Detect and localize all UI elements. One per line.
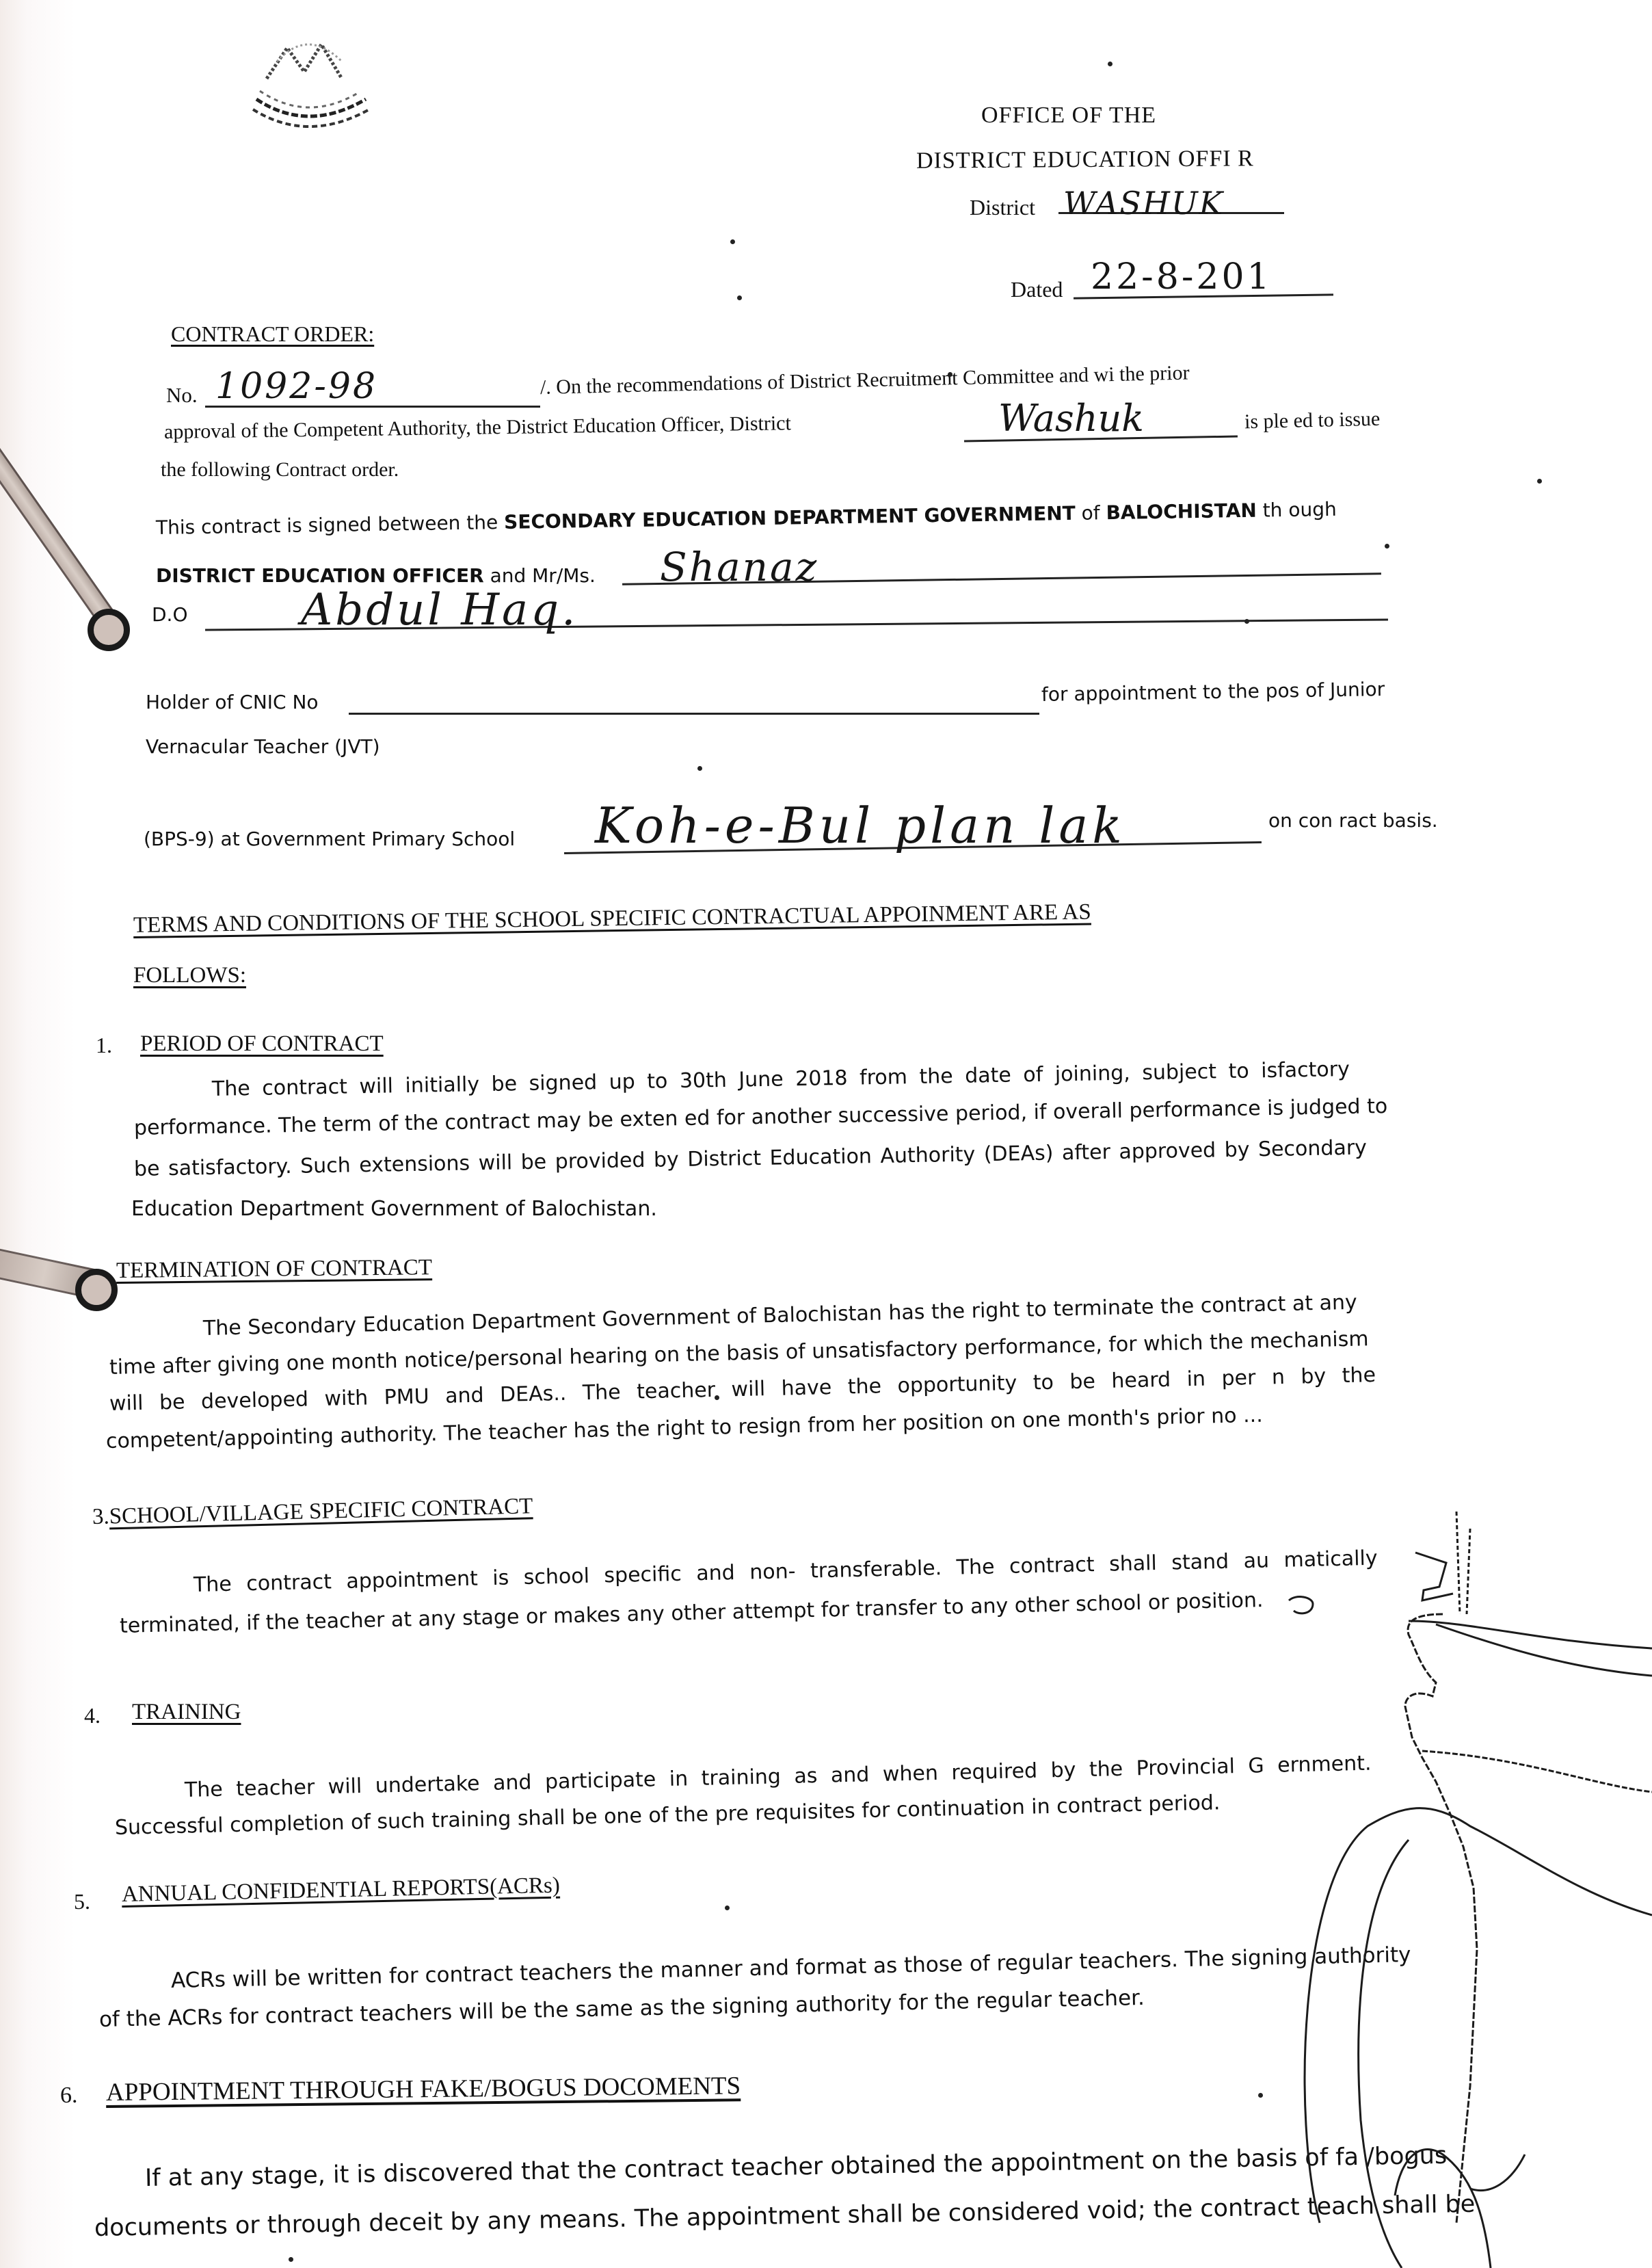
speck <box>715 1395 719 1400</box>
speck <box>1537 479 1542 484</box>
order-no-value: 1092-98 <box>215 366 377 407</box>
section-6-line-2: documents or through deceit by any means… <box>94 2191 1476 2242</box>
officer-title: DISTRICT EDUCATION OFFICER <box>156 564 484 587</box>
section-1-number: 1. <box>96 1033 112 1058</box>
parties-text: This contract is signed between the <box>156 511 505 539</box>
school-label: (BPS-9) at Government Primary School <box>144 828 515 850</box>
section-5-line-1: ACRs will be written for contract teache… <box>171 1942 1411 1993</box>
section-6-line-1: If at any stage, it is discovered that t… <box>145 2142 1448 2192</box>
government-emblem-icon <box>239 31 376 133</box>
speck <box>948 372 952 377</box>
name-field-value: Shanaz <box>660 544 818 590</box>
section-3-number: 3. <box>92 1504 110 1529</box>
district-label: District <box>970 195 1035 220</box>
dated-field-value: 22-8-201 <box>1091 256 1273 298</box>
contract-order-title: CONTRACT ORDER: <box>171 321 374 347</box>
post-text-1: for appointment to the pos of Junior <box>1041 678 1385 706</box>
speck <box>697 766 702 771</box>
dated-label: Dated <box>1011 277 1063 302</box>
speck <box>725 1906 730 1910</box>
parties-text: and Mr/Ms. <box>484 564 596 587</box>
section-5-number: 5. <box>74 1889 90 1914</box>
section-3-line-2: terminated, if the teacher at any stage … <box>120 1588 1264 1638</box>
order-line-1: /. On the recommendations of District Re… <box>540 361 1190 399</box>
section-1-heading: PERIOD OF CONTRACT <box>140 1031 384 1057</box>
binder-clip-top <box>0 433 119 630</box>
do-field-value: Abdul Haq. <box>301 585 578 635</box>
section-1-line-3: be satisfactory. Such extensions will be… <box>134 1136 1367 1181</box>
office-subtitle: DISTRICT EDUCATION OFFI R <box>916 146 1254 174</box>
school-field-value: Koh-e-Bul plan lak <box>595 797 1126 854</box>
section-2-heading: TERMINATION OF CONTRACT <box>116 1255 432 1284</box>
speck <box>1258 2093 1263 2098</box>
order-line-2a: approval of the Competent Authority, the… <box>164 412 791 444</box>
section-1-line-1: The contract will initially be signed up… <box>212 1057 1350 1101</box>
order-no-label: No. <box>166 383 198 408</box>
section-6-heading: APPOINTMENT THROUGH FAKE/BOGUS DOCOMENTS <box>106 2071 741 2107</box>
parties-line-1: This contract is signed between the SECO… <box>156 498 1337 539</box>
section-6-number: 6. <box>60 2083 78 2109</box>
order-district-value: Washuk <box>998 397 1144 440</box>
binder-ring-top <box>88 609 130 651</box>
post-text-2: Vernacular Teacher (JVT) <box>146 735 380 758</box>
section-4-number: 4. <box>84 1703 101 1728</box>
order-line-3: the following Contract order. <box>161 458 399 482</box>
order-line-2b: is ple ed to issue <box>1244 408 1381 434</box>
parties-text: of <box>1075 501 1106 525</box>
section-4-heading: TRAINING <box>132 1700 241 1725</box>
section-5-heading: ANNUAL CONFIDENTIAL REPORTS(ACRs) <box>122 1873 561 1908</box>
section-3-heading: 3.SCHOOL/VILLAGE SPECIFIC CONTRACT <box>92 1494 533 1530</box>
parties-line-2: DISTRICT EDUCATION OFFICER and Mr/Ms. <box>156 564 596 587</box>
speck <box>289 2257 293 2262</box>
do-label: D.O <box>152 603 188 626</box>
parties-text: th ough <box>1257 498 1337 522</box>
cnic-label: Holder of CNIC No <box>146 691 319 713</box>
speck <box>1385 544 1389 549</box>
section-1-line-2: performance. The term of the contract ma… <box>134 1094 1388 1140</box>
speck <box>1108 62 1113 66</box>
speck <box>1244 619 1249 624</box>
school-suffix: on con ract basis. <box>1268 809 1438 832</box>
binder-ring-bottom <box>75 1269 118 1311</box>
district-field-value: WASHUK <box>1063 185 1224 222</box>
department-name: SECONDARY EDUCATION DEPARTMENT GOVERNMEN… <box>504 502 1076 533</box>
province-name: BALOCHISTAN <box>1106 499 1257 524</box>
section-1-line-4: Education Department Government of Baloc… <box>131 1197 657 1221</box>
speck <box>737 295 742 300</box>
speck <box>730 239 735 244</box>
terms-title: TERMS AND CONDITIONS OF THE SCHOOL SPECI… <box>133 899 1091 938</box>
terms-title-2: FOLLOWS: <box>133 963 246 988</box>
section-3-title: SCHOOL/VILLAGE SPECIFIC CONTRACT <box>109 1494 533 1529</box>
section-5-line-2: of the ACRs for contract teachers will b… <box>99 1986 1145 2032</box>
office-title: OFFICE OF THE <box>981 103 1156 129</box>
scanned-contract-page: OFFICE OF THE DISTRICT EDUCATION OFFI R … <box>0 0 1652 2268</box>
cnic-field-line[interactable] <box>349 706 1039 715</box>
